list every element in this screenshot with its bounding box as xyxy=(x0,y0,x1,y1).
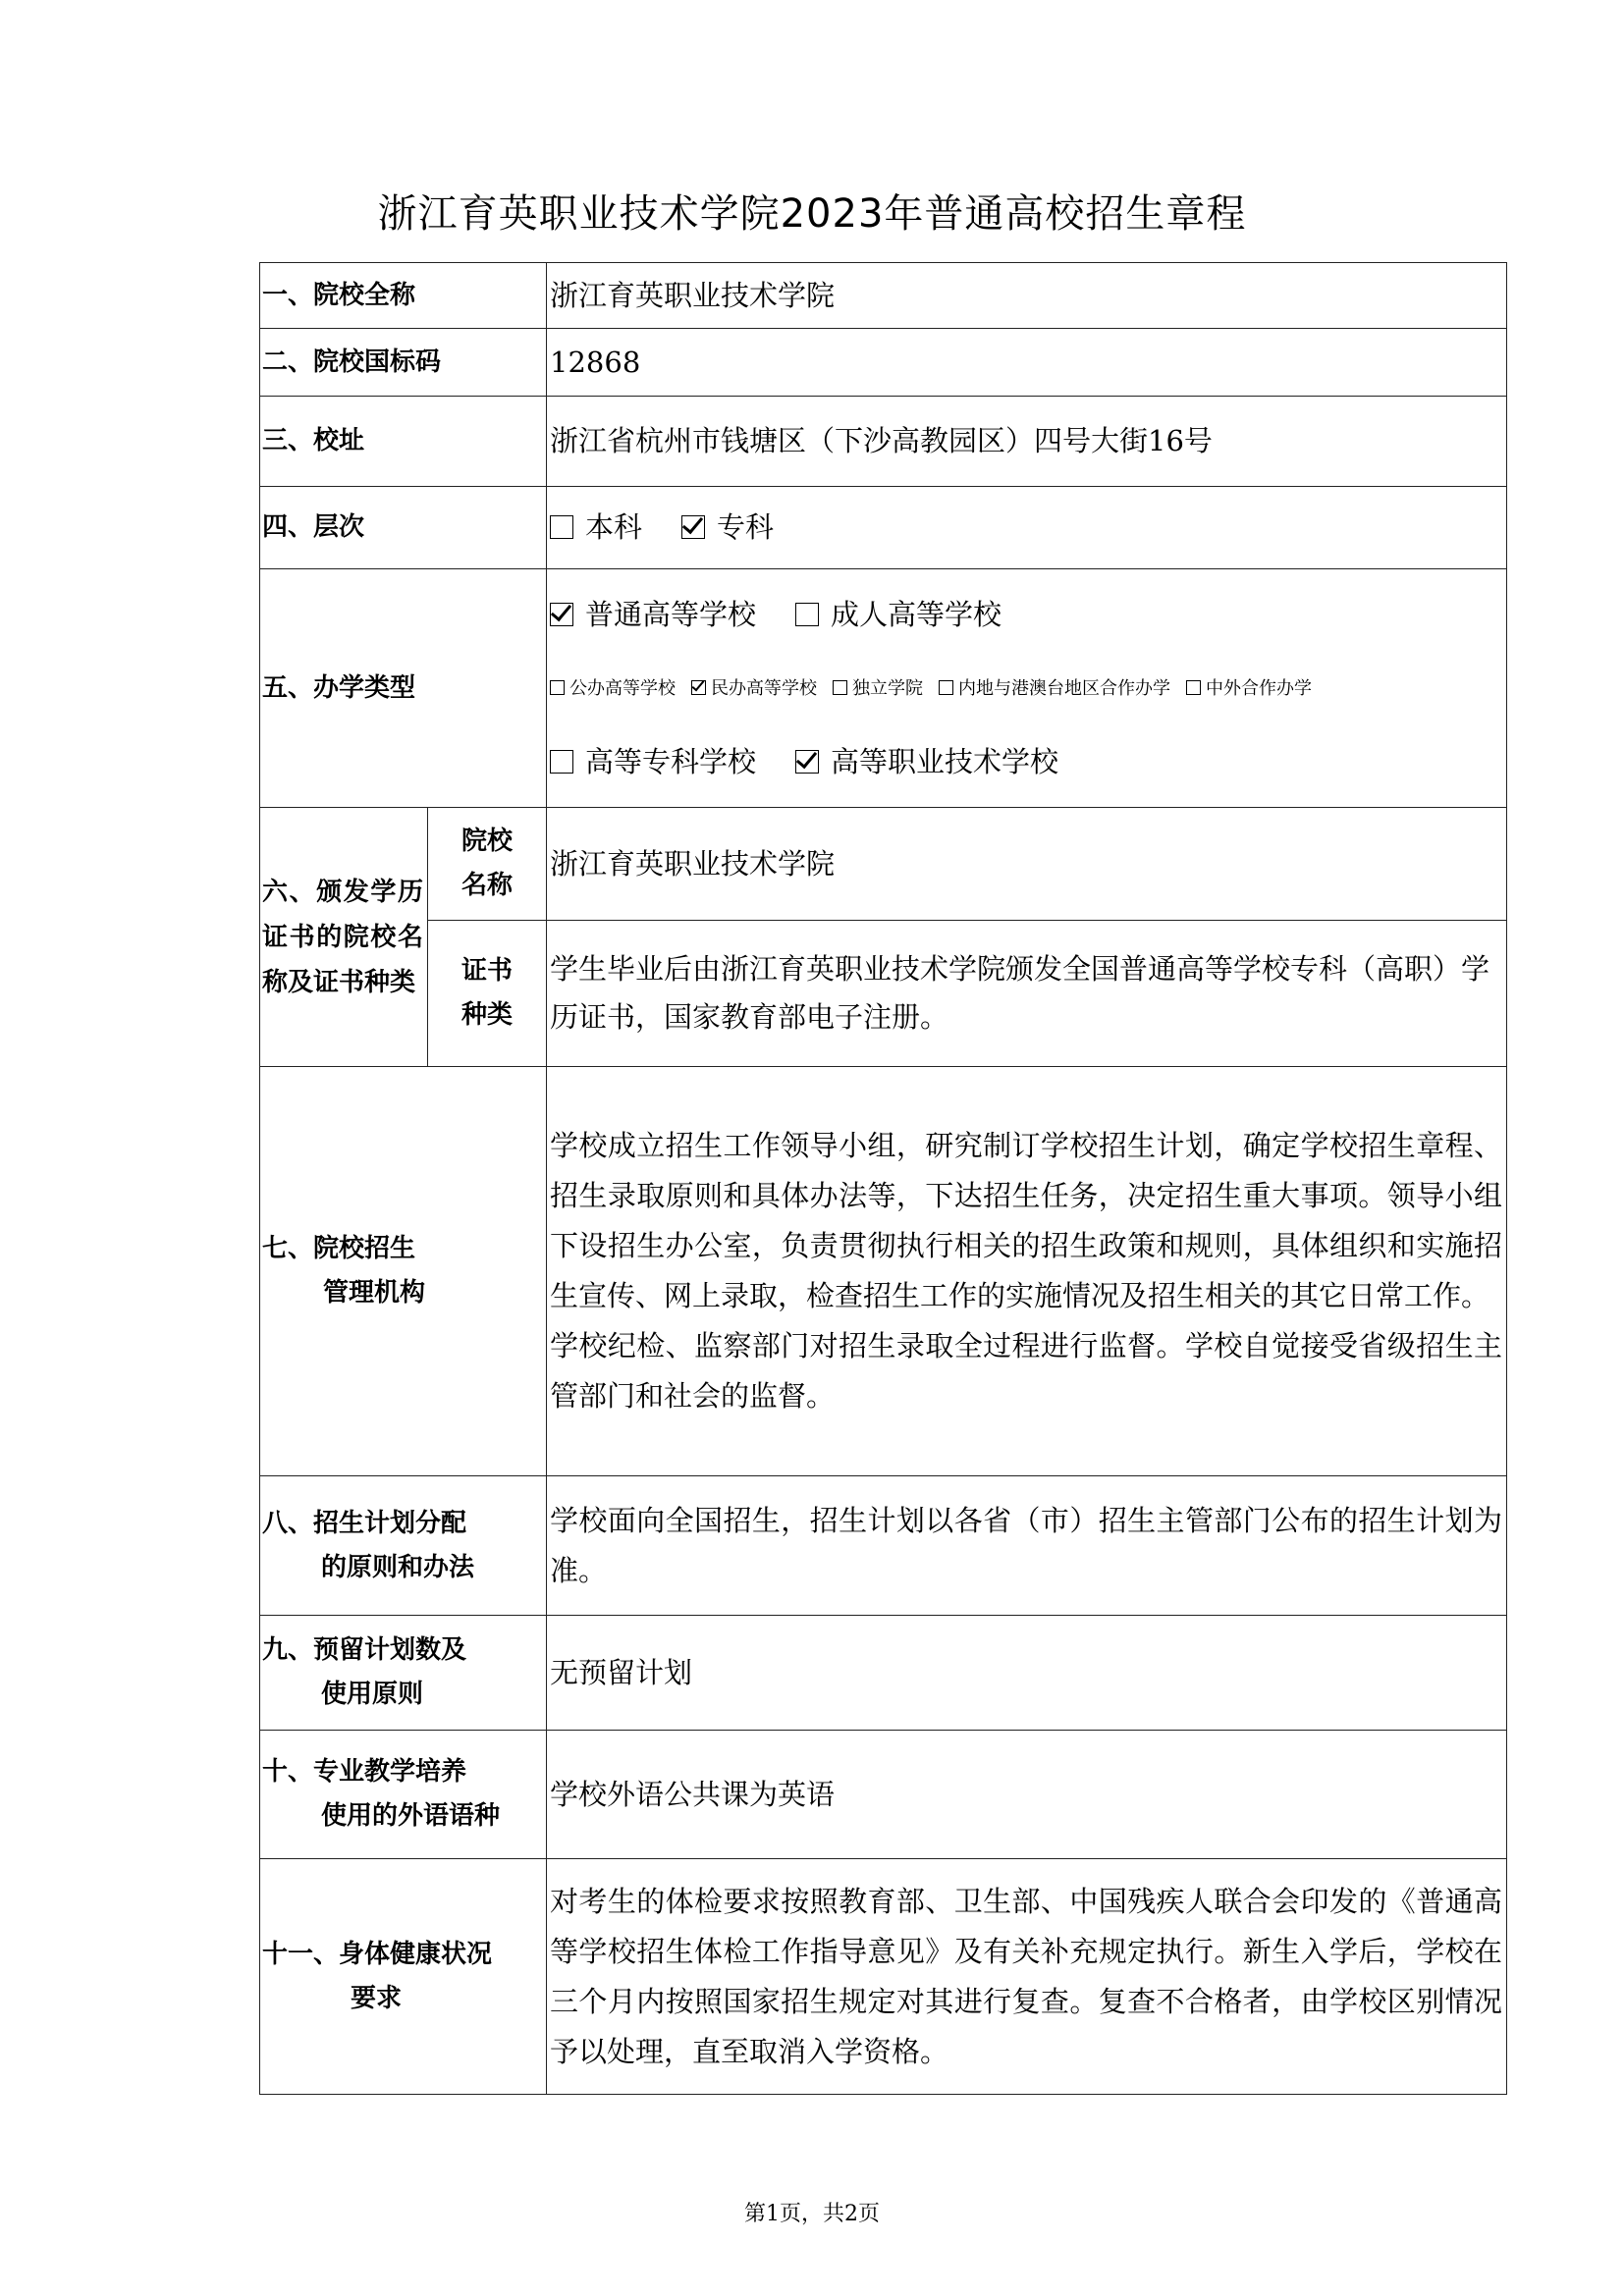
row-label: 十一、身体健康状况要求 xyxy=(260,1859,547,2095)
checkbox-public[interactable] xyxy=(550,680,565,695)
checkbox-label: 中外合作办学 xyxy=(1206,678,1312,699)
row-value: 浙江育英职业技术学院 xyxy=(547,808,1507,921)
row-certificate-type: 证书种类 学生毕业后由浙江育英职业技术学院颁发全国普通高等学校专科（高职）学历证… xyxy=(260,921,1507,1067)
row-label: 九、预留计划数及使用原则 xyxy=(260,1616,547,1731)
checkbox-regular-hei[interactable] xyxy=(550,603,573,626)
row-value: 学校面向全国招生，招生计划以各省（市）招生主管部门公布的招生计划为准。 xyxy=(547,1476,1507,1616)
row-health-requirements: 十一、身体健康状况要求 对考生的体检要求按照教育部、卫生部、中国残疾人联合会印发… xyxy=(260,1859,1507,2095)
row-foreign-language: 十、专业教学培养使用的外语语种 学校外语公共课为英语 xyxy=(260,1731,1507,1859)
row-value: 学校成立招生工作领导小组，研究制订学校招生计划，确定学校招生章程、招生录取原则和… xyxy=(547,1067,1507,1476)
row-admission-management: 七、院校招生管理机构 学校成立招生工作领导小组，研究制订学校招生计划，确定学校招… xyxy=(260,1067,1507,1476)
row-full-name: 一、院校全称 浙江育英职业技术学院 xyxy=(260,263,1507,329)
row-code: 二、院校国标码 12868 xyxy=(260,329,1507,397)
page-number: 第1页，共2页 xyxy=(0,2197,1624,2227)
row-value: 学生毕业后由浙江育英职业技术学院颁发全国普通高等学校专科（高职）学历证书，国家教… xyxy=(547,921,1507,1067)
row-label: 五、办学类型 xyxy=(260,569,547,808)
row-level: 四、层次 本科专科 xyxy=(260,487,1507,569)
row-school-type: 五、办学类型 普通高等学校成人高等学校 公办高等学校民办高等学校独立学院内地与港… xyxy=(260,569,1507,808)
row-value: 浙江育英职业技术学院 xyxy=(547,263,1507,329)
row-address: 三、校址 浙江省杭州市钱塘区（下沙高教园区）四号大街16号 xyxy=(260,397,1507,487)
row-label: 二、院校国标码 xyxy=(260,329,547,397)
checkbox-label: 高等职业技术学校 xyxy=(831,745,1058,778)
document-title: 浙江育英职业技术学院2023年普通高校招生章程 xyxy=(0,183,1624,239)
checkbox-label: 公办高等学校 xyxy=(569,678,676,699)
row-label: 八、招生计划分配的原则和办法 xyxy=(260,1476,547,1616)
row-label: 十、专业教学培养使用的外语语种 xyxy=(260,1731,547,1859)
paragraph: 学校纪检、监察部门对招生录取全过程进行监督。学校自觉接受省级招生主管部门和社会的… xyxy=(550,1321,1502,1421)
row-value: 浙江省杭州市钱塘区（下沙高教园区）四号大街16号 xyxy=(547,397,1507,487)
paragraph: 学校成立招生工作领导小组，研究制订学校招生计划，确定学校招生章程、招生录取原则和… xyxy=(550,1121,1502,1321)
checkbox-label: 成人高等学校 xyxy=(831,598,1001,631)
checkbox-label: 专科 xyxy=(717,510,774,544)
row-plan-allocation: 八、招生计划分配的原则和办法 学校面向全国招生，招生计划以各省（市）招生主管部门… xyxy=(260,1476,1507,1616)
row-value: 无预留计划 xyxy=(547,1616,1507,1731)
row-label: 四、层次 xyxy=(260,487,547,569)
checkbox-independent[interactable] xyxy=(833,680,847,695)
checkbox-adult-hei[interactable] xyxy=(795,603,819,626)
checkbox-label: 内地与港澳台地区合作办学 xyxy=(958,678,1170,699)
row-label: 七、院校招生管理机构 xyxy=(260,1067,547,1476)
checkbox-label: 普通高等学校 xyxy=(585,598,756,631)
row-value: 对考生的体检要求按照教育部、卫生部、中国残疾人联合会印发的《普通高等学校招生体检… xyxy=(547,1859,1507,2095)
checkbox-junior-college[interactable] xyxy=(681,515,705,539)
row-label: 三、校址 xyxy=(260,397,547,487)
row-value: 学校外语公共课为英语 xyxy=(547,1731,1507,1859)
checkbox-junior-college-school[interactable] xyxy=(550,750,573,774)
checkbox-sino-foreign[interactable] xyxy=(1186,680,1201,695)
checkbox-vocational[interactable] xyxy=(795,750,819,774)
checkbox-label: 独立学院 xyxy=(852,678,923,699)
checkbox-label: 民办高等学校 xyxy=(711,678,817,699)
checkbox-label: 高等专科学校 xyxy=(585,745,756,778)
row-certificate-school: 六、颁发学历证书的院校名称及证书种类 院校名称 浙江育英职业技术学院 xyxy=(260,808,1507,921)
checkbox-label: 本科 xyxy=(585,510,642,544)
admission-table: 一、院校全称 浙江育英职业技术学院 二、院校国标码 12868 三、校址 浙江省… xyxy=(259,262,1507,2095)
row-label: 一、院校全称 xyxy=(260,263,547,329)
sub-label: 院校名称 xyxy=(428,808,547,921)
sub-label: 证书种类 xyxy=(428,921,547,1067)
row-reserved-plan: 九、预留计划数及使用原则 无预留计划 xyxy=(260,1616,1507,1731)
row-label: 六、颁发学历证书的院校名称及证书种类 xyxy=(260,808,428,1067)
checkbox-private[interactable] xyxy=(691,680,706,695)
row-value: 12868 xyxy=(547,329,1507,397)
checkbox-undergraduate[interactable] xyxy=(550,515,573,539)
checkbox-hk-macao-tw[interactable] xyxy=(939,680,953,695)
